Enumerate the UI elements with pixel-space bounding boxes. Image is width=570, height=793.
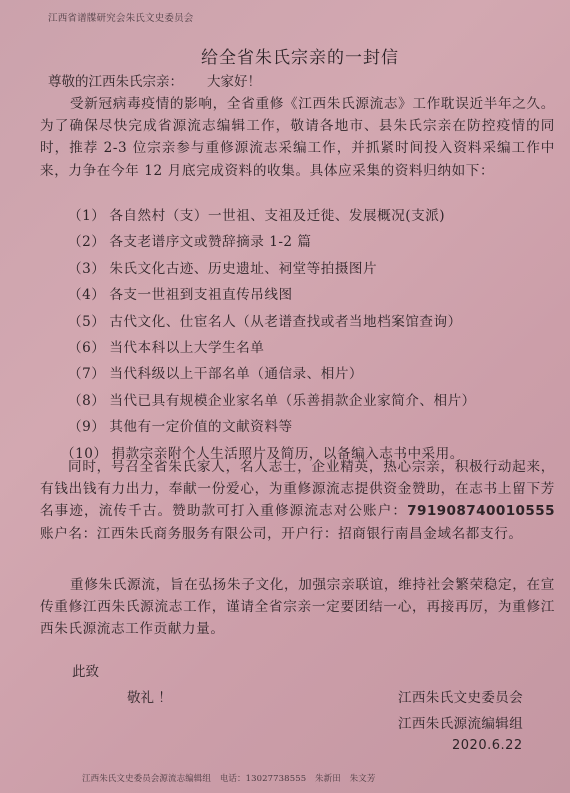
list-item: （4）各支一世祖到支祖直传吊线图: [68, 282, 558, 308]
list-item-text: 古代文化、仕宦名人（从老谱查找或者当地档案馆查询）: [109, 314, 461, 330]
salutation: 尊敬的江西朱氏宗亲：: [48, 74, 183, 90]
closing-line-2: 敬礼 ！: [127, 686, 172, 706]
salutation-line: 尊敬的江西朱氏宗亲：大家好！: [48, 70, 261, 90]
paragraph-intro: 受新冠病毒疫情的影响，全省重修《江西朱氏源流志》工作耽误近半年之久。为了确保尽快…: [40, 93, 555, 182]
paragraph-donation: 同时，号召全省朱氏家人，名人志士，企业精英，热心宗亲，积极行动起来，有钱出钱有力…: [40, 456, 555, 545]
list-item-text: 当代本科以上大学生名单: [109, 340, 264, 356]
list-item-text: 各支老谱序文或赞辞摘录 1-2 篇: [109, 234, 311, 250]
list-item-number: （1）: [68, 203, 105, 229]
list-item-text: 当代已具有规模企业家名单（乐善捐款企业家简介、相片）: [109, 393, 475, 409]
footer-contact-1: 朱新田: [315, 774, 341, 784]
account-number: 791908740010555: [407, 503, 555, 519]
list-item-number: （8）: [68, 388, 105, 414]
list-item: （1）各自然村（支）一世祖、支祖及迁徙、发展概况(支派): [68, 203, 558, 229]
signature-org-2: 江西朱氏源流编辑组: [398, 712, 523, 732]
list-item: （9）其他有一定价值的文献资料等: [68, 414, 558, 440]
letter-title: 给全省朱氏宗亲的一封信: [0, 43, 570, 68]
letter-page: 江西省谱牒研究会朱氏文史委员会 给全省朱氏宗亲的一封信 尊敬的江西朱氏宗亲：大家…: [0, 0, 570, 793]
list-item-number: （5）: [68, 309, 105, 335]
list-item-number: （9）: [68, 414, 105, 440]
footer-contact-2: 朱文芳: [350, 774, 376, 784]
list-item-number: （4）: [68, 282, 105, 308]
paragraph-purpose-text: 重修朱氏源流，旨在弘扬朱子文化，加强宗亲联谊，维持社会繁荣稳定，在宣传重修江西朱…: [40, 577, 555, 637]
list-item: （5）古代文化、仕宦名人（从老谱查找或者当地档案馆查询）: [68, 309, 558, 335]
account-details: 账户名：江西朱氏商务服务有限公司，开户行：招商银行南昌金域名都支行。: [40, 526, 523, 542]
list-item: （7）当代科级以上干部名单（通信录、相片）: [68, 361, 558, 387]
list-item-text: 各支一世祖到支祖直传吊线图: [109, 287, 292, 303]
greeting: 大家好！: [207, 74, 261, 90]
list-item-text: 当代科级以上干部名单（通信录、相片）: [109, 366, 363, 382]
list-item: （6）当代本科以上大学生名单: [68, 335, 558, 361]
paragraph-purpose: 重修朱氏源流，旨在弘扬朱子文化，加强宗亲联谊，维持社会繁荣稳定，在宣传重修江西朱…: [40, 574, 555, 641]
signature-date: 2020.6.22: [452, 738, 523, 753]
signature-org-1: 江西朱氏文史委员会: [398, 686, 523, 706]
list-item-number: （7）: [68, 361, 105, 387]
footer-org: 江西朱氏文史委员会源流志编辑组: [82, 774, 211, 784]
list-item-number: （6）: [68, 335, 105, 361]
footer-contact: 江西朱氏文史委员会源流志编辑组 电话：13027738555 朱新田 朱文芳: [82, 772, 381, 784]
list-item-number: （3）: [68, 256, 105, 282]
list-item: （8）当代已具有规模企业家名单（乐善捐款企业家简介、相片）: [68, 388, 558, 414]
list-item: （3）朱氏文化古迹、历史遗址、祠堂等拍摄图片: [68, 256, 558, 282]
paragraph-intro-text: 受新冠病毒疫情的影响，全省重修《江西朱氏源流志》工作耽误近半年之久。为了确保尽快…: [40, 96, 555, 179]
materials-list: （1）各自然村（支）一世祖、支祖及迁徙、发展概况(支派) （2）各支老谱序文或赞…: [68, 203, 558, 467]
list-item-number: （2）: [68, 229, 105, 255]
header-organization: 江西省谱牒研究会朱氏文史委员会: [48, 10, 194, 24]
list-item-text: 各自然村（支）一世祖、支祖及迁徙、发展概况(支派): [109, 208, 445, 224]
footer-phone: 电话：13027738555: [220, 774, 306, 784]
list-item-text: 其他有一定价值的文献资料等: [109, 419, 292, 435]
closing-line-1: 此致: [72, 660, 99, 680]
list-item-text: 朱氏文化古迹、历史遗址、祠堂等拍摄图片: [109, 261, 377, 277]
list-item: （2）各支老谱序文或赞辞摘录 1-2 篇: [68, 229, 558, 255]
